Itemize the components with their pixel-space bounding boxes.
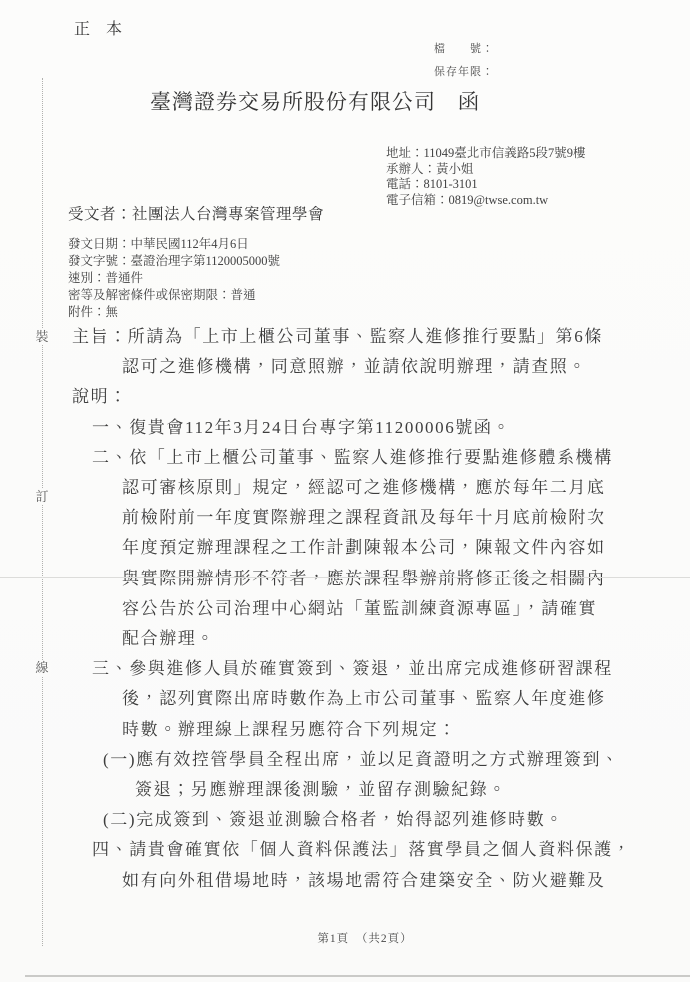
- letter-body-line: 二、依「上市上櫃公司董事、監察人進修推行要點進修體系機構: [92, 443, 632, 473]
- letter-body-line: (一)應有效控管學員全程出席，並以足資證明之方式辦理簽到、: [103, 745, 632, 775]
- recipient-line: 受文者：社團法人台灣專案管理學會: [68, 202, 324, 224]
- scanned-letter-page: 正 本 檔 號： 保存年限： 臺灣證券交易所股份有限公司 函 地址：11049臺…: [0, 0, 690, 982]
- sender-info-block: 地址：11049臺北市信義路5段7號9樓承辦人：黃小姐電話：8101-3101電…: [386, 146, 586, 208]
- archive-block: 檔 號： 保存年限：: [434, 38, 494, 84]
- letter-body-line: 三、參與進修人員於確實簽到、簽退，並出席完成進修研習課程: [92, 654, 632, 684]
- letter-body-line: 四、請貴會確實依「個人資料保護法」落實學員之個人資料保護，: [92, 835, 632, 865]
- letter-body-line: 認可之進修機構，同意照辦，並請依說明辦理，請查照。: [122, 352, 632, 382]
- retention-label: 保存年限：: [434, 61, 494, 84]
- sender-info-line: 電話：8101-3101: [386, 177, 586, 193]
- document-meta-line: 發文日期：中華民國112年4月6日: [68, 236, 280, 253]
- document-meta-line: 發文字號：臺證治理字第1120005000號: [68, 253, 280, 270]
- letter-body-line: 前檢附前一年度實際辦理之課程資訊及每年十月底前檢附次: [122, 503, 632, 533]
- binding-mark-ding: 訂: [33, 489, 51, 505]
- scan-artifact-line: [0, 577, 690, 578]
- document-meta-line: 密等及解密條件或保密期限：普通: [68, 287, 280, 304]
- archive-no-label: 檔 號：: [434, 38, 494, 61]
- letter-body-line: 容公告於公司治理中心網站「董監訓練資源專區」，請確實: [122, 594, 632, 624]
- letter-body: 主旨：所請為「上市上櫃公司董事、監察人進修推行要點」第6條認可之進修機構，同意照…: [72, 322, 632, 896]
- sender-info-line: 承辦人：黃小姐: [386, 162, 586, 178]
- copy-label: 正 本: [74, 16, 122, 39]
- letter-body-line: 配合辦理。: [122, 624, 632, 654]
- letter-body-line: 認可審核原則」規定，經認可之進修機構，應於每年二月底: [122, 473, 632, 503]
- scan-artifact-bottom-line: [25, 975, 690, 977]
- letter-body-line: 年度預定辦理課程之工作計劃陳報本公司，陳報文件內容如: [122, 533, 632, 563]
- document-meta-line: 速別：普通件: [68, 270, 280, 287]
- binding-dotted-line: [42, 78, 43, 946]
- sender-info-line: 地址：11049臺北市信義路5段7號9樓: [386, 146, 586, 162]
- document-title: 臺灣證券交易所股份有限公司 函: [0, 86, 690, 116]
- letter-body-line: (二)完成簽到、簽退並測驗合格者，始得認列進修時數。: [103, 805, 632, 835]
- letter-body-line: 一、復貴會112年3月24日台專字第11200006號函。: [92, 413, 632, 443]
- letter-body-line: 與實際開辦情形不符者，應於課程舉辦前將修正後之相關內: [122, 564, 632, 594]
- letter-body-line: 時數。辦理線上課程另應符合下列規定：: [122, 715, 632, 745]
- letter-body-line: 主旨：所請為「上市上櫃公司董事、監察人進修推行要點」第6條: [72, 322, 632, 352]
- letter-body-line: 如有向外租借場地時，該場地需符合建築安全、防火避難及: [122, 866, 632, 896]
- document-meta-line: 附件：無: [68, 304, 280, 321]
- document-meta-block: 發文日期：中華民國112年4月6日發文字號：臺證治理字第1120005000號速…: [68, 236, 280, 321]
- letter-body-line: 說明：: [72, 382, 632, 412]
- letter-body-line: 後，認列實際出席時數作為上市公司董事、監察人年度進修: [122, 684, 632, 714]
- letter-body-line: 簽退；另應辦理課後測驗，並留存測驗紀錄。: [135, 775, 632, 805]
- sender-info-line: 電子信箱：0819@twse.com.tw: [386, 193, 586, 209]
- binding-mark-zhuang: 裝: [33, 329, 51, 345]
- page-footer: 第1頁 （共2頁）: [40, 930, 690, 946]
- binding-mark-xian: 線: [33, 660, 51, 676]
